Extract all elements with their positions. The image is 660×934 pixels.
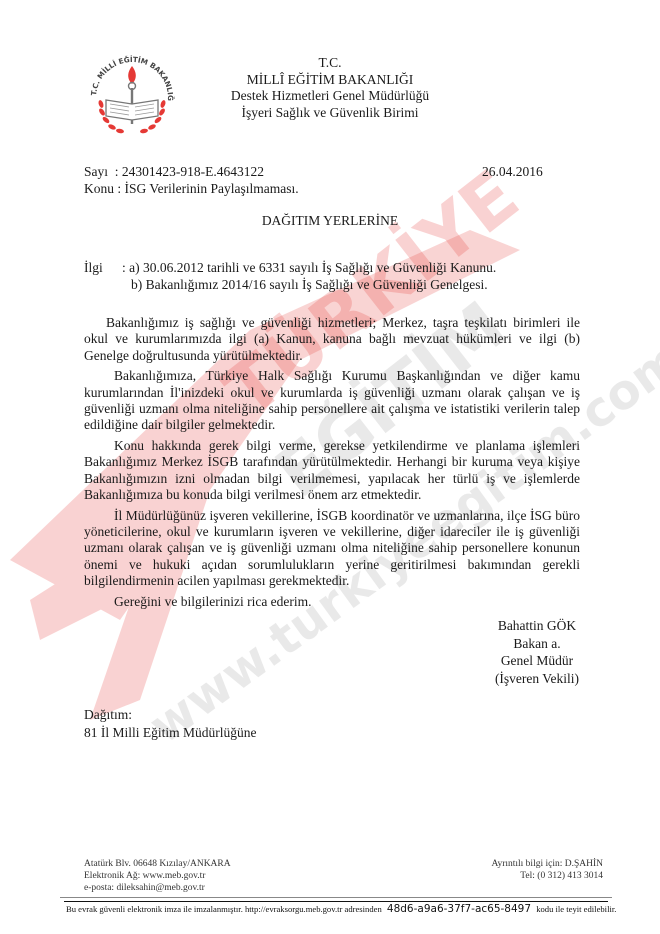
konu-row: Konu : İSG Verilerinin Paylaşılmaması. [84, 181, 299, 198]
header-block: T.C. MİLLÎ EĞİTİM BAKANLIĞI Destek Hizme… [180, 55, 480, 121]
distribution-block: Dağıtım: 81 İl Milli Eğitim Müdürlüğüne [84, 706, 257, 742]
signature-block: Bahattin GÖK Bakan a. Genel Müdür (İşver… [482, 617, 592, 687]
distribution-recipient: 81 İl Milli Eğitim Müdürlüğüne [84, 724, 257, 742]
closing-line: Gereğini ve bilgilerinizi rica ederim. [84, 594, 580, 610]
letter-body: Bakanlığımız iş sağlığı ve güvenliği hiz… [84, 315, 580, 615]
footer-address-block: Atatürk Blv. 06648 Kızılay/ANKARA Elektr… [84, 858, 231, 894]
footer-contact-block: Ayrıntılı bilgi için: D.ŞAHİN Tel: (0 31… [455, 858, 603, 882]
signatory-title: Genel Müdür [482, 652, 592, 670]
signatory-name: Bahattin GÖK [482, 617, 592, 635]
header-tc: T.C. [180, 55, 480, 72]
meb-logo-icon: T.C. MİLLİ EĞİTİM BAKANLIĞI [82, 42, 182, 142]
verification-line: Bu evrak güvenli elektronik imza ile imz… [66, 903, 616, 915]
signatory-role: (İşveren Vekili) [482, 670, 592, 688]
header-unit: İşyeri Sağlık ve Güvenlik Birimi [180, 105, 480, 122]
footer-contact: Ayrıntılı bilgi için: D.ŞAHİN [455, 858, 603, 870]
verification-prefix: Bu evrak güvenli elektronik imza ile imz… [66, 904, 382, 914]
sayi-label: Sayı [84, 164, 108, 179]
document-date: 26.04.2016 [482, 164, 543, 180]
document-page: T.C. MİLLİ EĞİTİM BAKANLIĞI T.C. MİLLÎ E… [0, 0, 660, 934]
body-paragraph: Bakanlığımız iş sağlığı ve güvenliği hiz… [84, 315, 580, 364]
body-paragraph: Bakanlığımıza, Türkiye Halk Sağlığı Kuru… [84, 368, 580, 433]
verification-code: 48d6-a9a6-37f7-ac65-8497 [387, 903, 531, 915]
footer-divider [60, 897, 612, 898]
ilgi-block: İlgi : a) 30.06.2012 tarihli ve 6331 say… [84, 259, 496, 293]
svg-text:T.C. MİLLİ EĞİTİM BAKANLIĞI: T.C. MİLLİ EĞİTİM BAKANLIĞI [82, 42, 175, 101]
konu-value: : İSG Verilerinin Paylaşılmaması. [117, 181, 298, 196]
footer-web: Elektronik Ağ: www.meb.gov.tr [84, 870, 231, 882]
footer-phone: Tel: (0 312) 413 3014 [455, 870, 603, 882]
konu-label: Konu [84, 181, 114, 196]
ilgi-label: İlgi [84, 259, 122, 276]
ilgi-item-b: b) Bakanlığımız 2014/16 sayılı İş Sağlığ… [122, 277, 488, 292]
sayi-value: : 24301423-918-E.4643122 [115, 164, 264, 179]
distribution-label: Dağıtım: [84, 706, 257, 724]
verification-suffix: kodu ile teyit edilebilir. [536, 904, 616, 914]
ilgi-item-a: : a) 30.06.2012 tarihli ve 6331 sayılı İ… [122, 259, 496, 276]
body-paragraph: Konu hakkında gerek bilgi verme, gerekse… [84, 438, 580, 503]
footer-email: e-posta: dileksahin@meb.gov.tr [84, 882, 231, 894]
signatory-proxy: Bakan a. [482, 635, 592, 653]
header-directorate: Destek Hizmetleri Genel Müdürlüğü [180, 88, 480, 105]
footer-address: Atatürk Blv. 06648 Kızılay/ANKARA [84, 858, 231, 870]
sayi-row: Sayı : 24301423-918-E.4643122 [84, 164, 264, 181]
verification-divider [64, 901, 608, 902]
body-paragraph: İl Müdürlüğünüz işveren vekillerine, İSG… [84, 508, 580, 589]
addressee-heading: DAĞITIM YERLERİNE [0, 213, 660, 229]
header-ministry: MİLLÎ EĞİTİM BAKANLIĞI [180, 72, 480, 89]
